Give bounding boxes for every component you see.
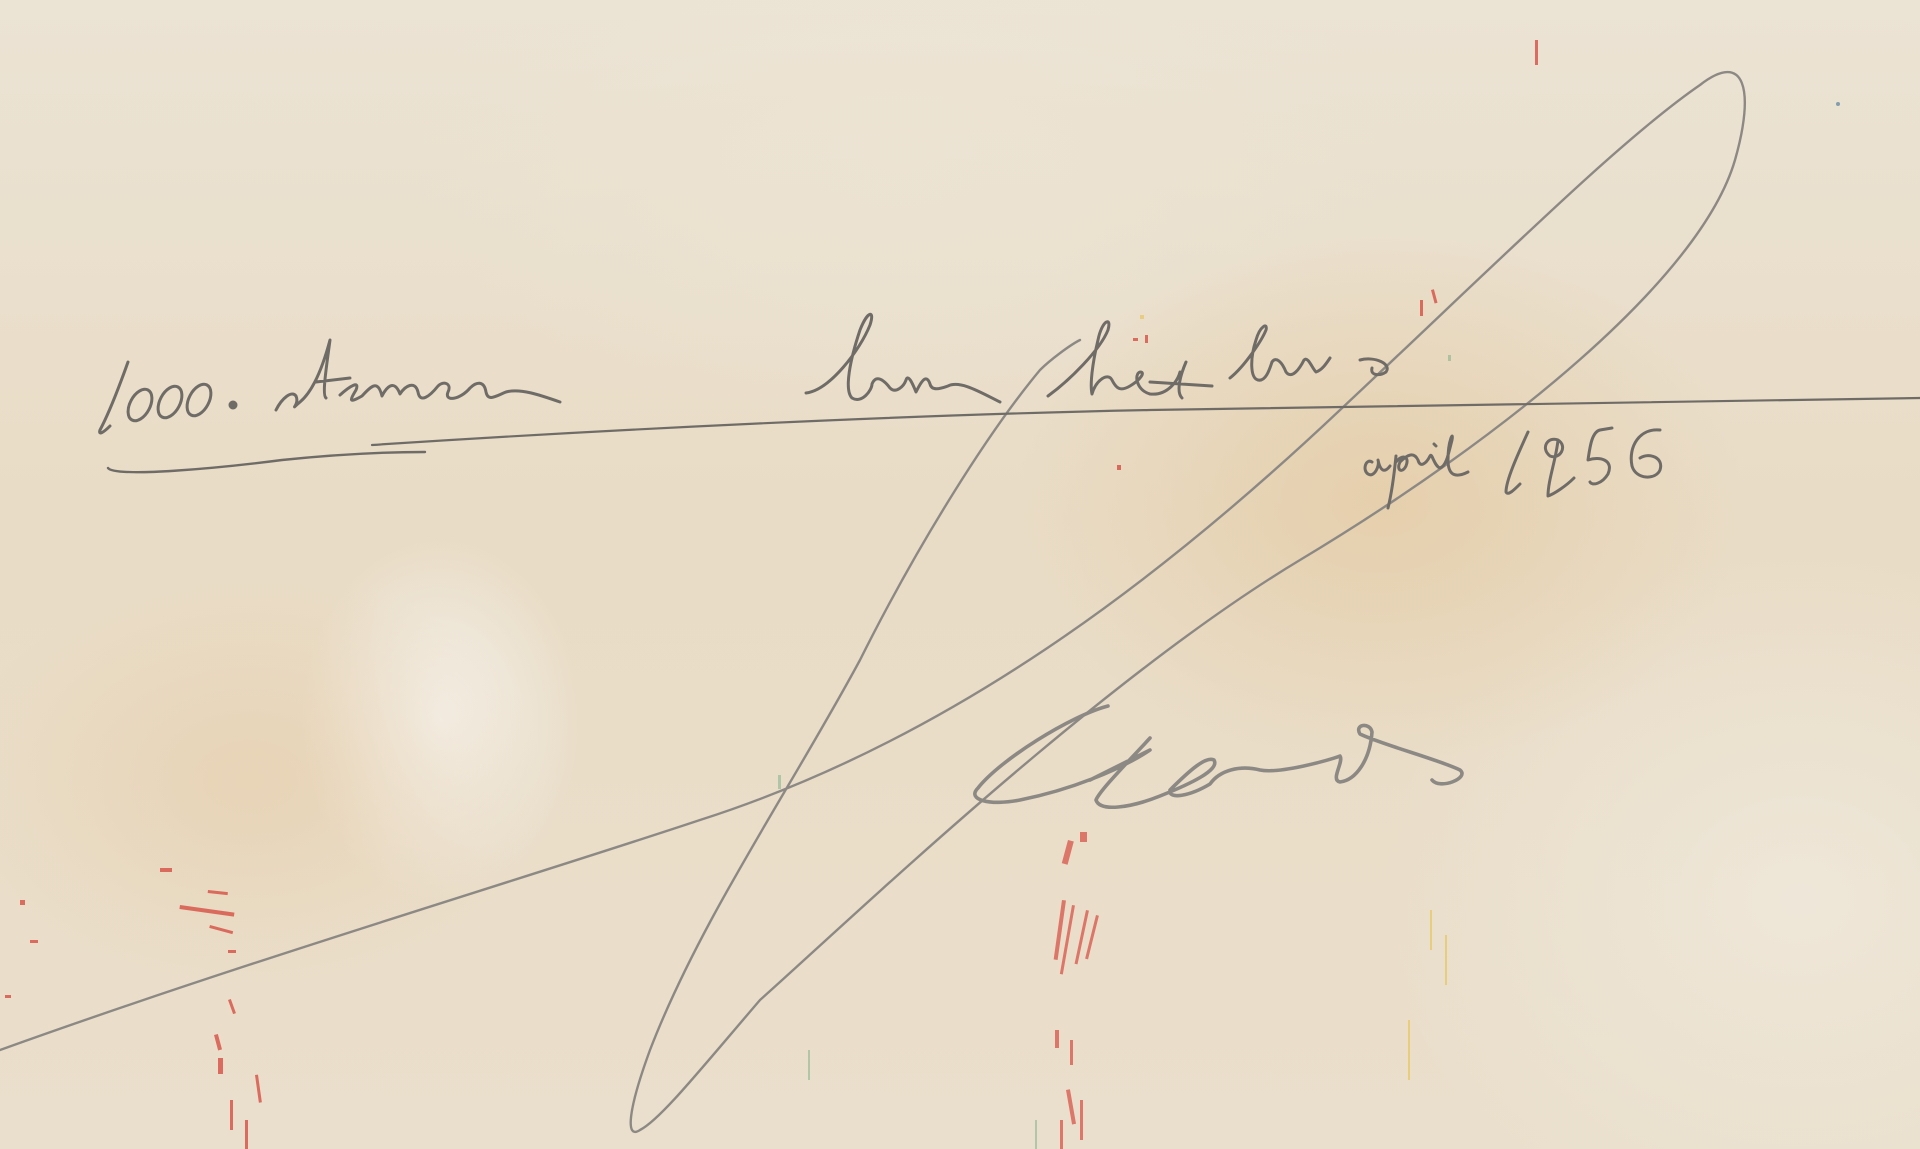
inscription-word-het [1048, 322, 1212, 398]
underline-stroke [108, 452, 425, 472]
artwork-back-paper: 1000. sterren boven het bos april 1956 [… [0, 0, 1920, 1149]
inscription-date-text: april 1956 [1360, 425, 1652, 490]
inscription-word-bos [1230, 326, 1387, 380]
horizontal-pencil-line [372, 398, 1920, 445]
large-pencil-loop [0, 72, 1745, 1132]
pencil-drawing [0, 0, 1920, 1149]
signature: [signature] [975, 710, 1312, 780]
inscription-title: 1000. sterren boven het bos [95, 330, 951, 400]
